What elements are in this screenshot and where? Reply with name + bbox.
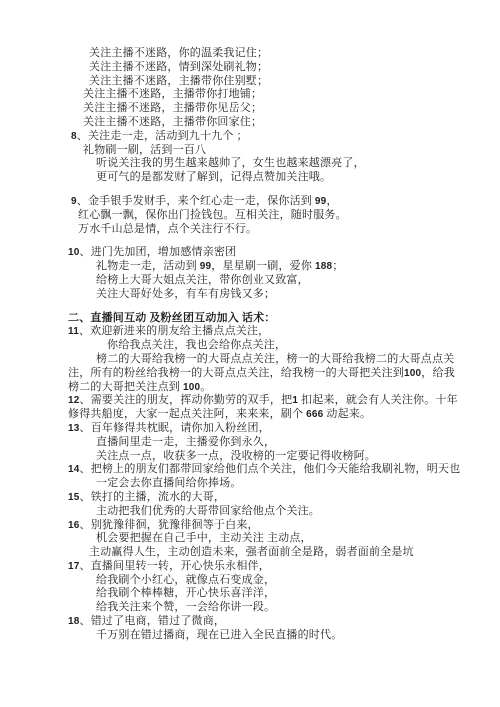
bold-number: 99 [315, 196, 327, 207]
text-line: 直播间里走一走，主播爱你到永久， [96, 436, 460, 450]
bold-number: 11 [68, 326, 79, 337]
text-line: 关注主播不迷路，情到深处刷礼物； [89, 61, 460, 75]
bold-number: 100 [404, 368, 421, 379]
bold-number: 15 [68, 492, 80, 503]
text-line: 主动把我们优秀的大哥带回家给他点个关注。 [96, 505, 460, 519]
text-line: 给榜上大哥大姐点关注，带你创业又致富， [96, 274, 460, 288]
text-line: 关注点一点，收获多一点，没收榜的一定要记得收榜阿。 [96, 450, 460, 464]
text-line: 关注主播不迷路，主播带你住别墅； [89, 75, 460, 89]
list-item-18: 18、错过了电商，错过了微商， [68, 615, 460, 629]
text-line: 千万别在错过播商，现在已进入全民直播的时代。 [96, 629, 460, 643]
paragraph-gap [0, 302, 460, 312]
text-line: 关注主播不迷路，你的温柔我记住； [89, 47, 460, 61]
bold-number: 14 [68, 464, 80, 475]
list-item-11: 11、欢迎新进来的朋友给主播点点关注， [68, 325, 460, 339]
text-line: 你给我点关注，我也会给你点关注， [107, 339, 460, 353]
bold-number: 17 [68, 561, 80, 572]
paragraph-gap [0, 185, 460, 195]
text-line: 礼物刷一刷，活到一百八 [83, 144, 460, 158]
bold-number: 100 [183, 382, 200, 393]
text-line: 关注主播不迷路，主播带你见岳父； [83, 102, 460, 116]
text-line: 注，所有的粉丝给我榜一的大哥点点关注，给我榜一的大哥把关注到100，给我 [68, 367, 460, 381]
list-item-12: 12、需要关注的朋友，挥动你勤劳的双手，把1 扣起来，就会有人关注你。十年 [68, 394, 460, 408]
list-item-15: 15、铁打的主播，流水的大哥， [68, 491, 460, 505]
text-line: 关注主播不迷路，主播带你打地铺； [83, 88, 460, 102]
text-line: 机会要把握在自己手中，主动关注 主动点， [96, 532, 460, 546]
list-item-16: 16、别犹豫徘徊，犹豫徘徊等于白来， [68, 519, 460, 533]
text-line: 关注大哥好处多，有车有房钱又多； [96, 288, 460, 302]
list-item-10: 10、进门先加团，增加感情亲密团 [68, 246, 460, 260]
list-item-13: 13、百年修得共枕眠，请你加入粉丝团， [68, 422, 460, 436]
document-body: 关注主播不迷路，你的温柔我记住；关注主播不迷路，情到深处刷礼物；关注主播不迷路，… [0, 0, 500, 643]
list-item-8: 8、关注走一走，活动到九十九个 ； [71, 130, 460, 144]
bold-number: 13 [68, 423, 80, 434]
text-line: 一定会去你直播间给你捧场。 [96, 477, 460, 491]
document-page: 关注主播不迷路，你的温柔我记住；关注主播不迷路，情到深处刷礼物；关注主播不迷路，… [0, 0, 500, 707]
text-line: 榜二的大哥把关注点到 100。 [68, 381, 460, 395]
list-item-9: 9、金手银手发财手，来个红心走一走，保你活到 99， [71, 195, 460, 209]
bold-number: 666 [306, 409, 323, 420]
bold-number: 99 [200, 261, 212, 272]
bold-number: 1 [292, 395, 298, 406]
paragraph-gap [0, 236, 460, 246]
bold-number: 188 [315, 261, 332, 272]
bold-number: 8 [71, 131, 77, 142]
list-item-17: 17、直播间里转一转，开心快乐永相伴， [68, 560, 460, 574]
text-line: 给我关注来个赞，一会给你讲一段。 [96, 601, 460, 615]
text-line: 给我刷个小红心，就像点石变成金， [96, 574, 460, 588]
section-heading: 二、直播间互动 及粉丝团互动加入 话术： [68, 312, 460, 326]
text-line: 听说关注我的男生越来越帅了，女生也越来越漂亮了， [96, 157, 460, 171]
bold-number: 10 [68, 247, 80, 258]
text-line: 修得共船度，大家一起点关注阿，来来来，刷个 666 动起来。 [68, 408, 460, 422]
list-item-14: 14、把榜上的朋友们都带回家给他们点个关注，他们今天能给我刷礼物，明天也 [68, 463, 460, 477]
bold-number: 12 [68, 395, 80, 406]
text-line: 红心飘一飘，保你出门捡钱包。互相关注，随时服务。 [78, 209, 460, 223]
bold-number: 9 [71, 196, 77, 207]
text-line: 主动赢得人生，主动创造未来，强者面前全是路，弱者面前全是坑 [89, 546, 460, 560]
bold-number: 16 [68, 520, 80, 531]
text-line: 万水千山总是情，点个关注行不行。 [78, 223, 460, 237]
text-line: 榜二的大哥给我榜一的大哥点点关注，榜一的大哥给我榜二的大哥点点关 [96, 353, 460, 367]
text-line: 礼物走一走，活动到 99，星星刷一刷，爱你 188； [96, 260, 460, 274]
text-line: 更可气的是都发财了解到，记得点赞加关注哦。 [96, 171, 460, 185]
text-line: 关注主播不迷路，主播带你回家住； [83, 116, 460, 130]
bold-number: 18 [68, 616, 80, 627]
text-line: 给我刷个棒棒糖，开心快乐喜洋洋， [96, 587, 460, 601]
